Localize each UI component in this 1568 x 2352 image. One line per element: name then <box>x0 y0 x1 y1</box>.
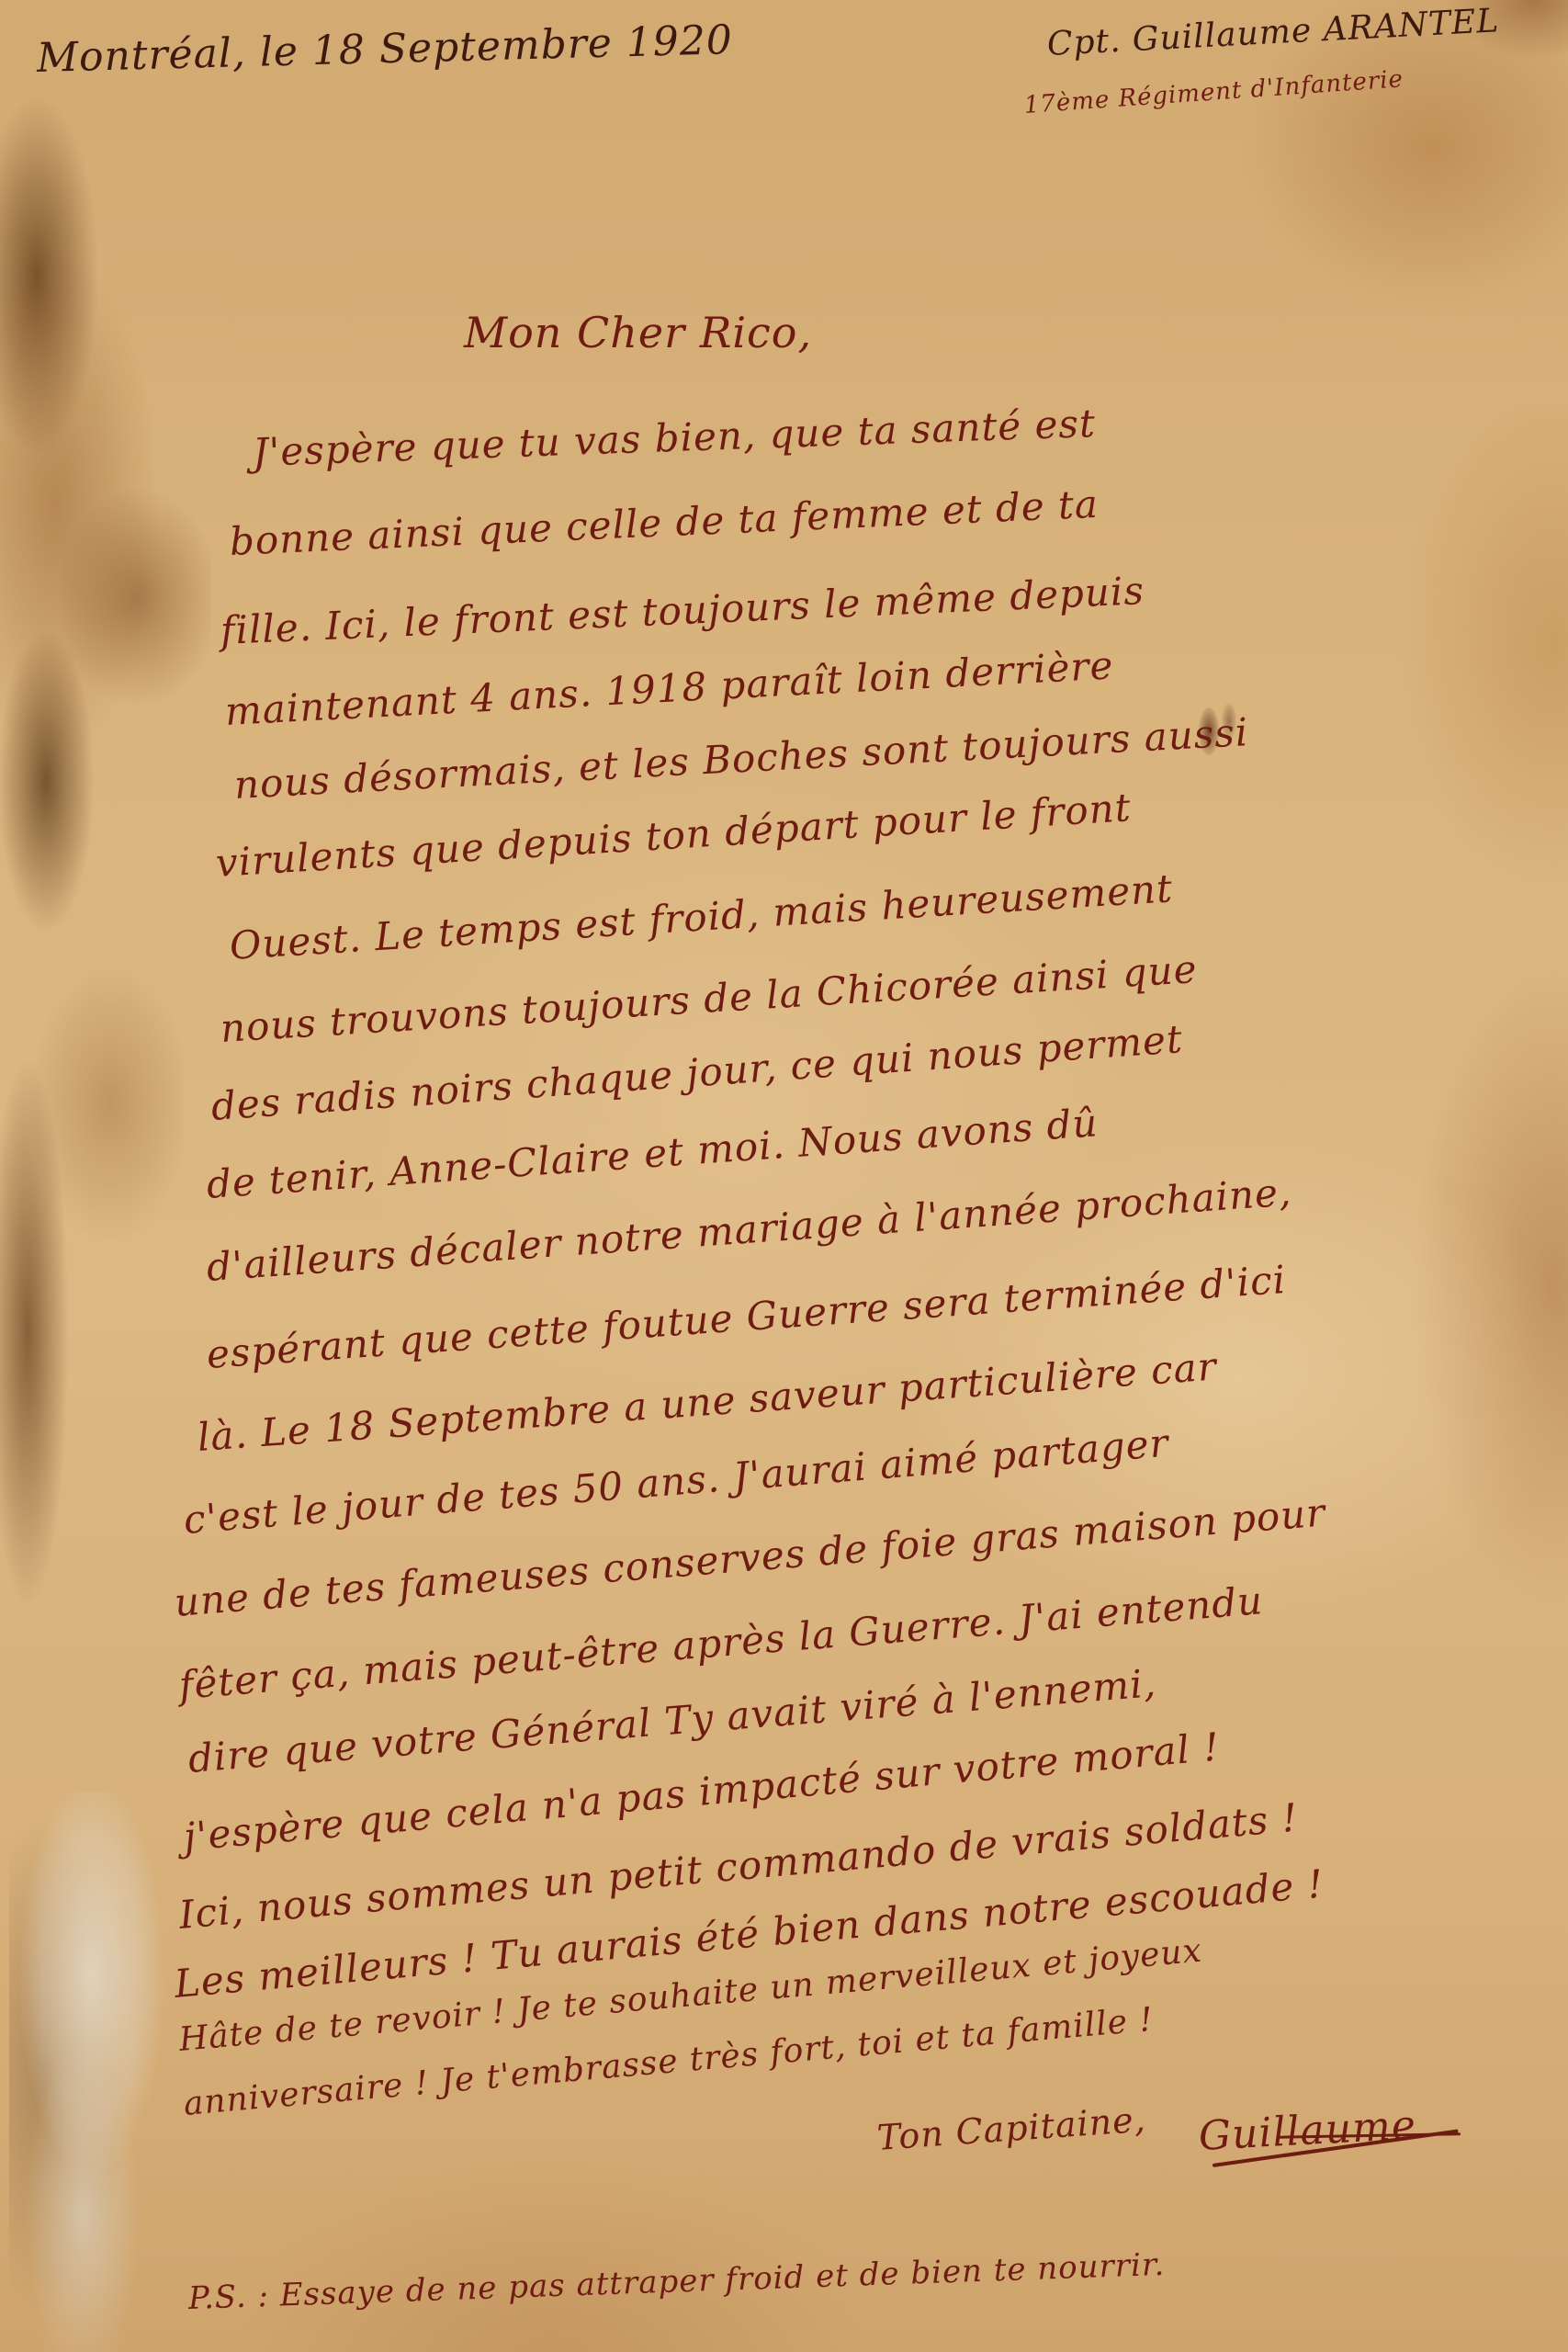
body-line: Ouest. Le temps est froid, mais heureuse… <box>229 865 1175 968</box>
place-and-date: Montréal, le 18 Septembre 1920 <box>36 17 733 82</box>
letter-paper: Montréal, le 18 Septembre 1920 Cpt. Guil… <box>0 0 1568 2352</box>
body-line: J'espère que tu vas bien, que ta santé e… <box>252 401 1096 475</box>
body-line: bonne ainsi que celle de ta femme et de … <box>229 481 1100 564</box>
salutation: Mon Cher Rico, <box>464 308 812 357</box>
body-line: fille. Ici, le front est toujours le mêm… <box>220 568 1145 653</box>
sender-regiment: 17ème Régiment d'Infanterie <box>1023 65 1404 119</box>
water-stain-left-top <box>0 0 211 1011</box>
closing: Ton Capitaine, <box>875 2099 1147 2158</box>
sender-name: Cpt. Guillaume ARANTEL <box>1046 2 1500 63</box>
postscript: P.S. : Essaye de ne pas attraper froid e… <box>187 2246 1166 2317</box>
water-stain-left-middle <box>0 919 184 1746</box>
torn-paper-patch-left-bottom <box>9 1792 165 2352</box>
body-line: maintenant 4 ans. 1918 paraît loin derri… <box>224 642 1115 734</box>
